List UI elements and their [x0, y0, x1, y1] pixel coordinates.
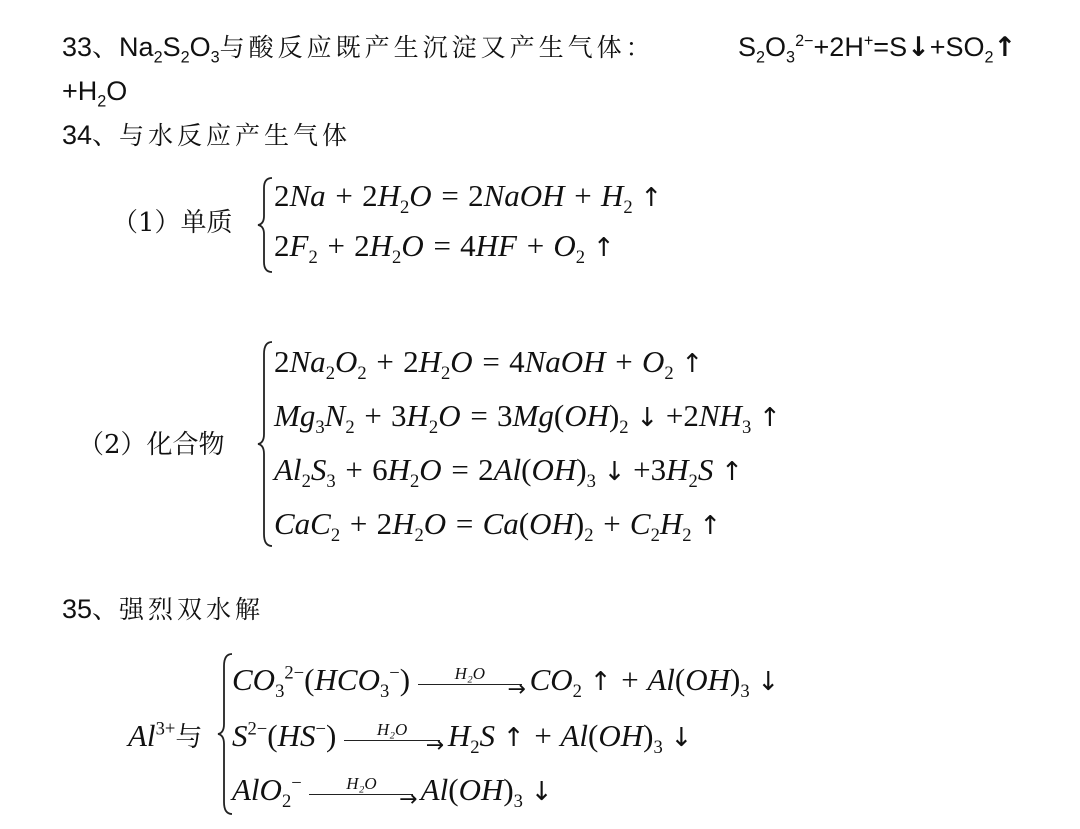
- item-33-equation: S2O32−+2H+=S↓+SO2↑: [738, 30, 1016, 65]
- group-1-equation-1: 2Na + 2H2O = 2NaOH + H2 ↑: [274, 176, 662, 218]
- group-2-equation-2: Mg3N2 + 3H2O = 3Mg(OH)2 ↓ +2NH3 ↑: [274, 396, 781, 438]
- group-2-equation-4: CaC2 + 2H2O = Ca(OH)2 + C2H2 ↑: [274, 504, 721, 546]
- item-34-heading: 34、与水反应产生气体: [62, 118, 351, 153]
- reaction-arrow-icon: H₂O→: [418, 680, 522, 685]
- group-2-equation-3: Al2S3 + 6H2O = 2Al(OH)3 ↓ +3H2S ↑: [274, 450, 743, 492]
- item-34-number: 34、: [62, 120, 119, 150]
- item-33-formula: Na2S2O3: [119, 32, 220, 62]
- hydrolysis-reaction-1: CO32−(HCO3−) H₂O→ CO2 ↑ + Al(OH)3 ↓: [232, 660, 779, 702]
- item-34-title: 与水反应产生气体: [119, 121, 351, 150]
- group-2-equation-1: 2Na2O2 + 2H2O = 4NaOH + O2 ↑: [274, 342, 703, 384]
- group-2-label: （2）化合物: [78, 424, 225, 461]
- hydrolysis-reaction-3: AlO2− H₂O→ Al(OH)3 ↓: [232, 770, 553, 812]
- reaction-arrow-icon: H₂O→: [344, 736, 440, 741]
- group-1-equation-2: 2F2 + 2H2O = 4HF + O2 ↑: [274, 226, 615, 268]
- item-35-number: 35、: [62, 594, 119, 624]
- left-brace-icon: [256, 340, 276, 548]
- precipitate-arrow-icon: ↓: [907, 32, 930, 63]
- item-33-number: 33、: [62, 32, 119, 62]
- left-brace-icon: [256, 176, 276, 274]
- hydrolysis-reaction-2: S2−(HS−) H₂O→ H2S ↑ + Al(OH)3 ↓: [232, 716, 692, 758]
- item-35-lead: Al3+与: [128, 716, 202, 758]
- item-33-title: 与酸反应既产生沉淀又产生气体：: [220, 33, 655, 62]
- item-35-heading: 35、强烈双水解: [62, 592, 264, 627]
- group-1-label: （1）单质: [112, 202, 233, 239]
- item-33-heading: 33、Na2S2O3与酸反应既产生沉淀又产生气体：: [62, 30, 655, 65]
- reaction-arrow-icon: H₂O→: [309, 790, 413, 795]
- item-33-equation-continuation: +H2O: [62, 74, 127, 108]
- item-35-title: 强烈双水解: [119, 595, 264, 624]
- gas-arrow-icon: ↑: [994, 32, 1017, 63]
